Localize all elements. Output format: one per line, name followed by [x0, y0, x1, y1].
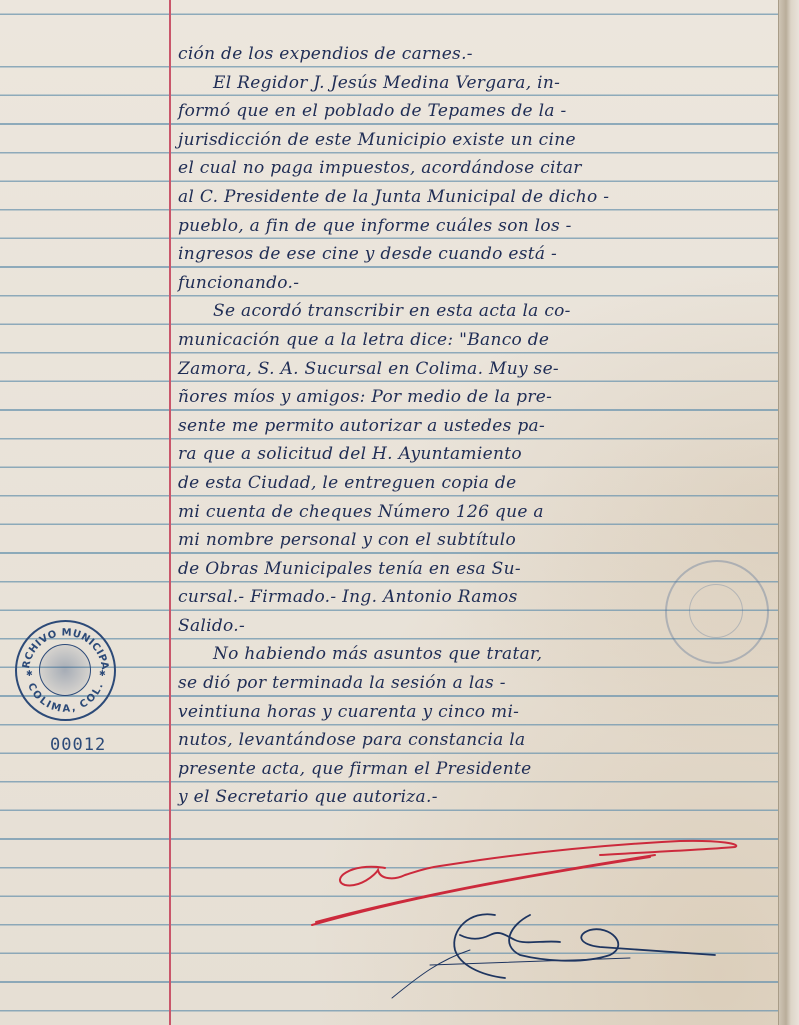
text-line: ra que a solicitud del H. Ayuntamiento [178, 440, 778, 469]
text-line: y el Secretario que autoriza.- [178, 783, 778, 812]
text-line: Se acordó transcribir en esta acta la co… [178, 297, 778, 326]
text-line: ñores míos y amigos: Por medio de la pre… [178, 383, 778, 412]
text-line: municación que a la letra dice: "Banco d… [178, 326, 778, 355]
stamp-text-ring: ARCHIVO MUNICIPAL COLIMA, COL. ✱ ✱ [17, 622, 114, 719]
text-line: al C. Presidente de la Junta Municipal d… [178, 183, 778, 212]
text-line: formó que en el poblado de Tepames de la… [178, 97, 778, 126]
folio-number: 00012 [50, 735, 106, 755]
page-binding-edge [778, 0, 799, 1025]
svg-text:ARCHIVO MUNICIPAL: ARCHIVO MUNICIPAL [17, 622, 110, 671]
text-line: veintiuna horas y cuarenta y cinco mi- [178, 698, 778, 727]
text-line: No habiendo más asuntos que tratar, [178, 640, 778, 669]
text-line: sente me permito autorizar a ustedes pa- [178, 412, 778, 441]
archivo-municipal-stamp: ARCHIVO MUNICIPAL COLIMA, COL. ✱ ✱ [15, 620, 116, 721]
text-line: pueblo, a fin de que informe cuáles son … [178, 212, 778, 241]
text-line: ingresos de ese cine y desde cuando está… [178, 240, 778, 269]
text-line: de esta Ciudad, le entreguen copia de [178, 469, 778, 498]
text-line: el cual no paga impuestos, acordándose c… [178, 154, 778, 183]
text-line: nutos, levantándose para constancia la [178, 726, 778, 755]
handwritten-minutes: ción de los expendios de carnes.- El Reg… [178, 40, 778, 812]
text-line: cursal.- Firmado.- Ing. Antonio Ramos [178, 583, 778, 612]
text-line: El Regidor J. Jesús Medina Vergara, in- [178, 69, 778, 98]
svg-text:COLIMA, COL.: COLIMA, COL. [25, 681, 106, 714]
svg-text:✱: ✱ [26, 669, 33, 678]
document-page: ción de los expendios de carnes.- El Reg… [0, 0, 799, 1025]
text-line: ción de los expendios de carnes.- [178, 40, 778, 69]
text-line: se dió por terminada la sesión a las - [178, 669, 778, 698]
text-line: jurisdicción de este Municipio existe un… [178, 126, 778, 155]
red-margin-line [169, 0, 171, 1025]
text-line: mi nombre personal y con el subtítulo [178, 526, 778, 555]
text-line: Salido.- [178, 612, 778, 641]
text-line: mi cuenta de cheques Número 126 que a [178, 498, 778, 527]
text-line: funcionando.- [178, 269, 778, 298]
text-line: presente acta, que firman el Presidente [178, 755, 778, 784]
text-line: de Obras Municipales tenía en esa Su- [178, 555, 778, 584]
text-line: Zamora, S. A. Sucursal en Colima. Muy se… [178, 355, 778, 384]
svg-text:✱: ✱ [99, 669, 106, 678]
